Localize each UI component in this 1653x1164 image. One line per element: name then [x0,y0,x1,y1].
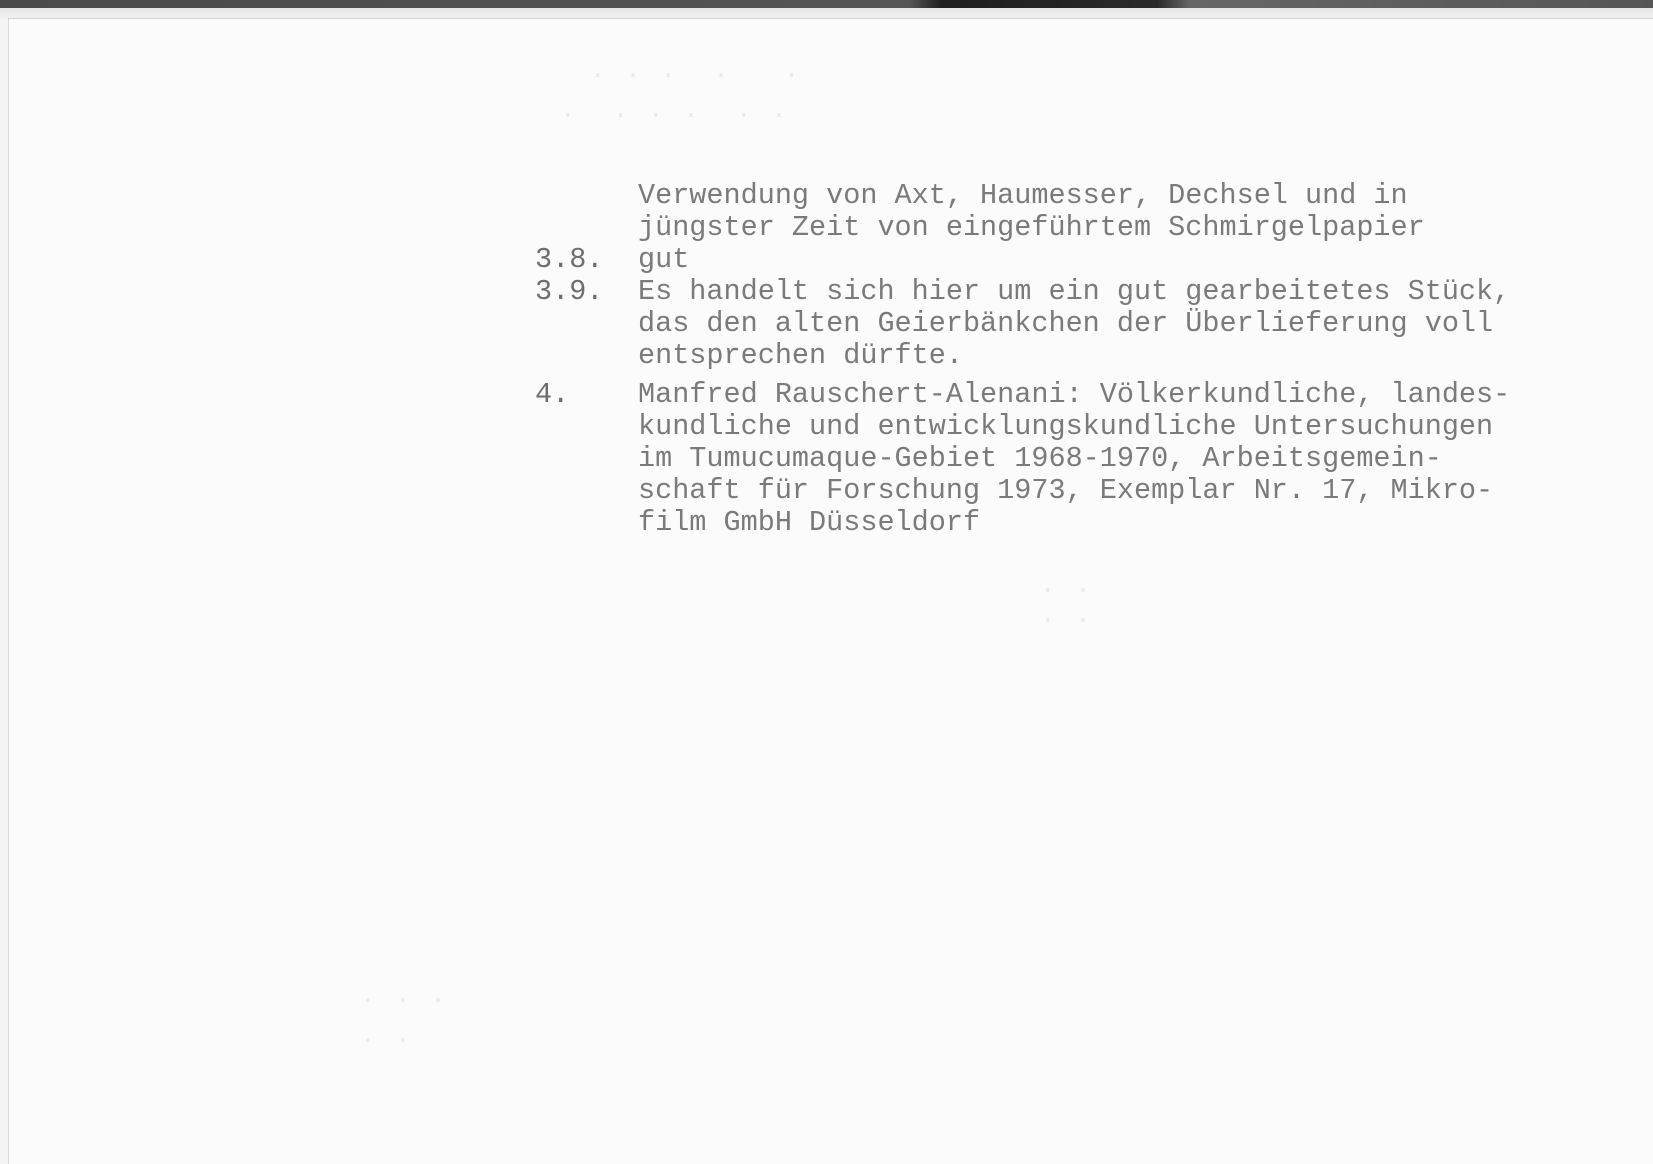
text-line: jüngster Zeit von eingeführtem Schmirgel… [638,212,1425,244]
show-through: . . . [360,980,448,1010]
item-number: 4. [535,379,569,411]
text-line: im Tumucumaque-Gebiet 1968-1970, Arbeits… [638,443,1442,475]
scan-edge-top [0,0,1653,8]
item-number: 3.8. [535,244,603,276]
text-line: schaft für Forschung 1973, Exemplar Nr. … [638,475,1493,507]
text-line: Manfred Rauschert-Alenani: Völkerkundlic… [638,379,1510,411]
item-number: 3.9. [535,276,603,308]
show-through: . . . . . [590,55,801,85]
text-line: Es handelt sich hier um ein gut gearbeit… [638,276,1510,308]
text-line: Verwendung von Axt, Haumesser, Dechsel u… [638,180,1408,212]
text-line: film GmbH Düsseldorf [638,507,980,539]
text-line: das den alten Geierbänkchen der Überlief… [638,308,1493,340]
text-line: kundliche und entwicklungskundliche Unte… [638,411,1493,443]
show-through: . . [1040,600,1093,630]
text-line: gut [638,244,689,276]
show-through: . . . . . . [560,95,789,125]
show-through: . . [360,1020,413,1050]
text-line: entsprechen dürfte. [638,340,963,372]
show-through: . . [1040,570,1093,600]
